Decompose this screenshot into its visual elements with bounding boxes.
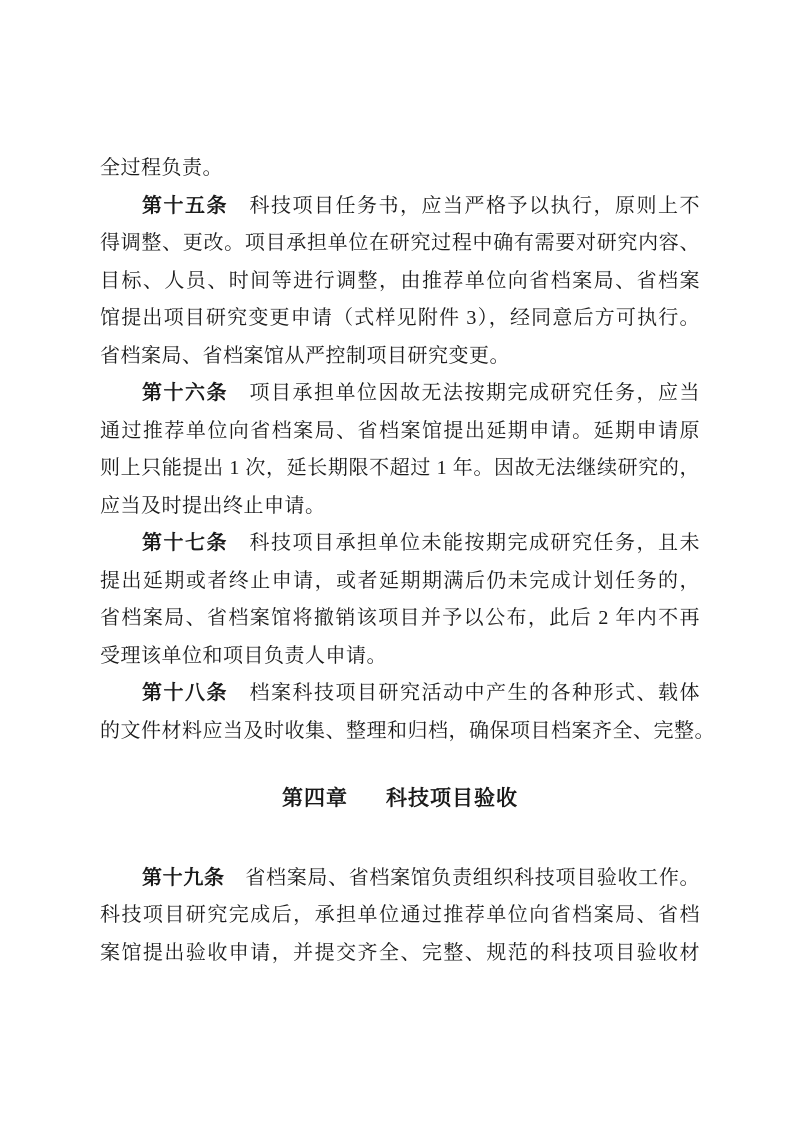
line-text: 省档案局、省档案馆将撤销该项目并予以公布，此后 2 年内不再 <box>100 607 700 629</box>
body-line: 全过程负责。 <box>100 150 700 188</box>
line-text: 案馆提出验收申请，并提交齐全、完整、规范的科技项目验收材 <box>100 942 700 964</box>
line-text: 目标、人员、时间等进行调整，由推荐单位向省档案局、省档案 <box>100 270 700 292</box>
line-text: 省档案局、省档案馆负责组织科技项目验收工作。 <box>225 867 700 889</box>
article-number: 第十六条 <box>142 382 228 404</box>
body-line: 通过推荐单位向省档案局、省档案馆提出延期申请。延期申请原 <box>100 413 700 451</box>
line-text: 提出延期或者终止申请，或者延期期满后仍未完成计划任务的， <box>100 570 700 592</box>
body-line: 应当及时提出终止申请。 <box>100 488 700 526</box>
line-text: 科技项目任务书，应当严格予以执行，原则上不 <box>228 195 700 217</box>
line-text: 全过程负责。 <box>100 157 223 179</box>
line-text: 则上只能提出 1 次，延长期限不超过 1 年。因故无法继续研究的， <box>100 457 700 479</box>
article-number: 第十七条 <box>142 532 228 554</box>
line-text: 项目承担单位因故无法按期完成研究任务，应当 <box>228 382 700 404</box>
line-text: 省档案局、省档案馆从严控制项目研究变更。 <box>100 345 510 367</box>
document-page: 全过程负责。 第十五条 科技项目任务书，应当严格予以执行，原则上不 得调整、更改… <box>0 0 793 1122</box>
line-text: 受理该单位和项目负责人申请。 <box>100 645 387 667</box>
body-line: 第十六条 项目承担单位因故无法按期完成研究任务，应当 <box>100 375 700 413</box>
body-line: 第十五条 科技项目任务书，应当严格予以执行，原则上不 <box>100 188 700 226</box>
body-line: 第十七条 科技项目承担单位未能按期完成研究任务，且未 <box>100 525 700 563</box>
body-line: 提出延期或者终止申请，或者延期期满后仍未完成计划任务的， <box>100 563 700 601</box>
body-line: 受理该单位和项目负责人申请。 <box>100 638 700 676</box>
line-text: 通过推荐单位向省档案局、省档案馆提出延期申请。延期申请原 <box>100 420 700 442</box>
body-line: 第十八条 档案科技项目研究活动中产生的各种形式、载体 <box>100 675 700 713</box>
line-text: 得调整、更改。项目承担单位在研究过程中确有需要对研究内容、 <box>100 232 700 254</box>
article-number: 第十八条 <box>142 682 228 704</box>
chapter-heading: 第四章科技项目验收 <box>100 780 700 818</box>
document-body: 全过程负责。 第十五条 科技项目任务书，应当严格予以执行，原则上不 得调整、更改… <box>100 150 700 972</box>
line-text: 馆提出项目研究变更申请（式样见附件 3），经同意后方可执行。 <box>100 307 700 329</box>
line-text: 应当及时提出终止申请。 <box>100 495 326 517</box>
chapter-title: 科技项目验收 <box>386 786 518 810</box>
line-text: 档案科技项目研究活动中产生的各种形式、载体 <box>228 682 700 704</box>
article-number: 第十九条 <box>142 867 225 889</box>
line-text: 科技项目承担单位未能按期完成研究任务，且未 <box>228 532 700 554</box>
chapter-number: 第四章 <box>282 786 348 810</box>
body-line: 则上只能提出 1 次，延长期限不超过 1 年。因故无法继续研究的， <box>100 450 700 488</box>
body-line: 第十九条 省档案局、省档案馆负责组织科技项目验收工作。 <box>100 860 700 898</box>
body-line: 省档案局、省档案馆将撤销该项目并予以公布，此后 2 年内不再 <box>100 600 700 638</box>
body-line: 科技项目研究完成后，承担单位通过推荐单位向省档案局、省档 <box>100 897 700 935</box>
body-line: 的文件材料应当及时收集、整理和归档，确保项目档案齐全、完整。 <box>100 713 700 751</box>
body-line: 案馆提出验收申请，并提交齐全、完整、规范的科技项目验收材 <box>100 935 700 973</box>
line-text: 科技项目研究完成后，承担单位通过推荐单位向省档案局、省档 <box>100 904 700 926</box>
body-line: 得调整、更改。项目承担单位在研究过程中确有需要对研究内容、 <box>100 225 700 263</box>
line-text: 的文件材料应当及时收集、整理和归档，确保项目档案齐全、完整。 <box>100 720 715 742</box>
body-line: 馆提出项目研究变更申请（式样见附件 3），经同意后方可执行。 <box>100 300 700 338</box>
body-line: 目标、人员、时间等进行调整，由推荐单位向省档案局、省档案 <box>100 263 700 301</box>
article-number: 第十五条 <box>142 195 228 217</box>
body-line: 省档案局、省档案馆从严控制项目研究变更。 <box>100 338 700 376</box>
